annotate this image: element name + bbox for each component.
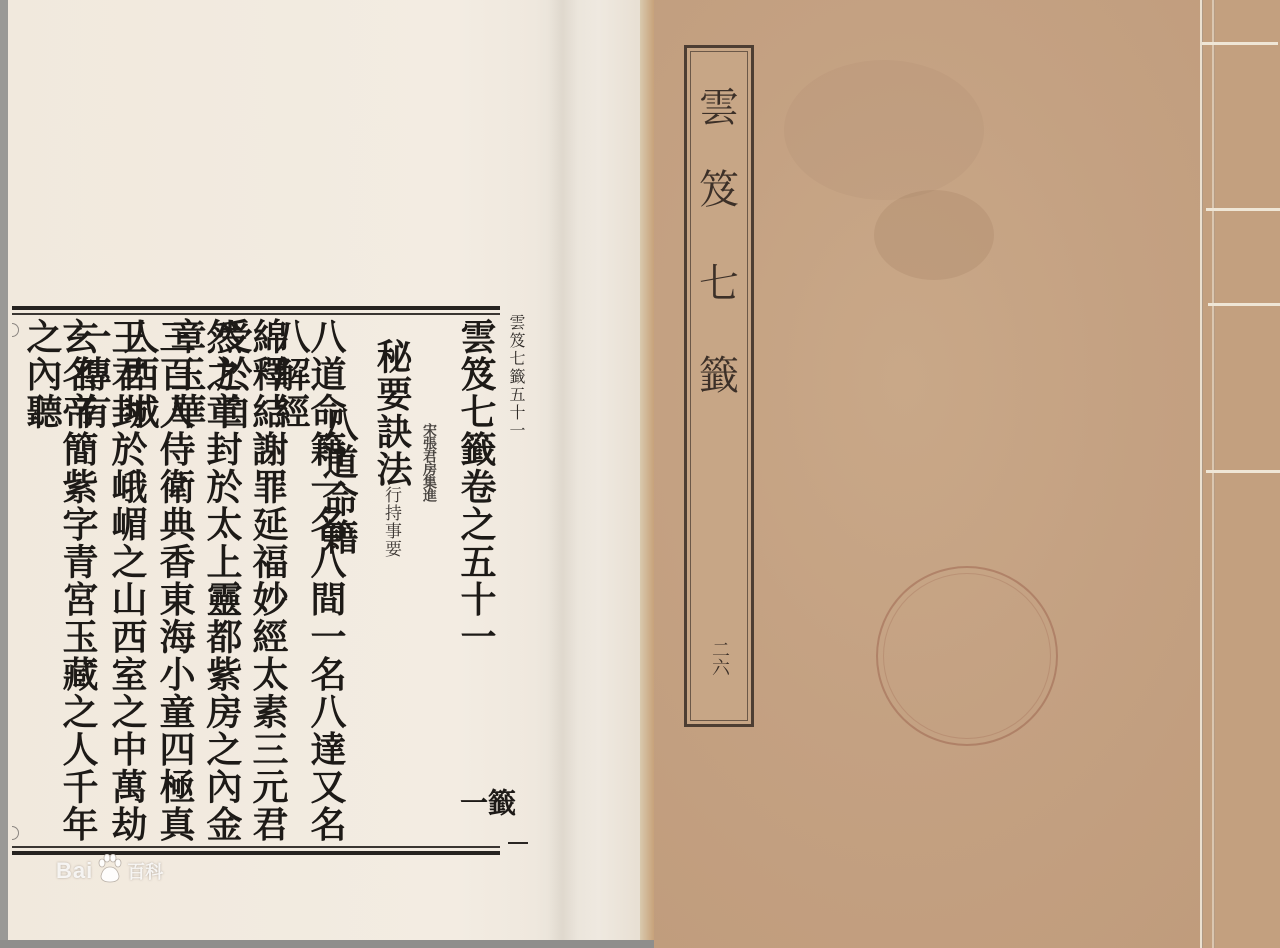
text-block: 雲笈七籤卷之五十一 籤一 宋張君房集進 秘要訣法 行持事要 八道命籍 八道命籍一…: [18, 318, 500, 846]
binding-thread-horizontal: [1202, 42, 1278, 45]
frame-bottom-rule: [12, 846, 500, 856]
watermark-brand-latin: Bai: [56, 858, 93, 884]
body-column-6: 玄名帝簡紫字青宮玉藏之人千年之內聽: [24, 318, 96, 846]
binding-thread-horizontal: [1208, 303, 1280, 306]
title-char: 籤: [687, 356, 751, 396]
binding-thread-vertical: [1200, 0, 1203, 948]
watermark-brand-cn: 百科: [127, 858, 163, 884]
title-char: 笈: [687, 170, 751, 210]
cover-stain: [874, 190, 994, 280]
chapter-title: 雲笈七籤卷之五十一: [458, 318, 494, 656]
section-subnote: 行持事要: [382, 486, 399, 558]
seal-inner-ring: [883, 573, 1051, 739]
binding-thread-vertical: [1212, 0, 1215, 948]
binding-thread-horizontal: [1206, 470, 1280, 473]
round-seal: [876, 566, 1058, 746]
margin-header: 雲笈七籤五十一: [505, 314, 528, 440]
title-char: 七: [687, 264, 751, 304]
page-edge-strip: [640, 0, 654, 940]
baidu-watermark: Bai 百科: [56, 858, 163, 884]
frame-top-rule: [12, 306, 500, 316]
scan-left-edge: [0, 0, 8, 948]
binding-thread-horizontal: [1206, 208, 1280, 211]
scan-bottom-edge: [0, 940, 660, 948]
cover-stain: [784, 60, 984, 200]
section-title: 秘要訣法: [374, 338, 410, 488]
title-char: 雲: [687, 88, 751, 128]
attribution-line: 宋張君房集進: [422, 423, 436, 793]
title-slip: 雲 笈 七 籤 二六: [684, 45, 754, 727]
volume-label: 二六: [687, 640, 751, 676]
paw-icon: [96, 854, 124, 880]
folio-mark: 籤一: [458, 788, 514, 846]
page-fold-shadow: [548, 0, 578, 940]
